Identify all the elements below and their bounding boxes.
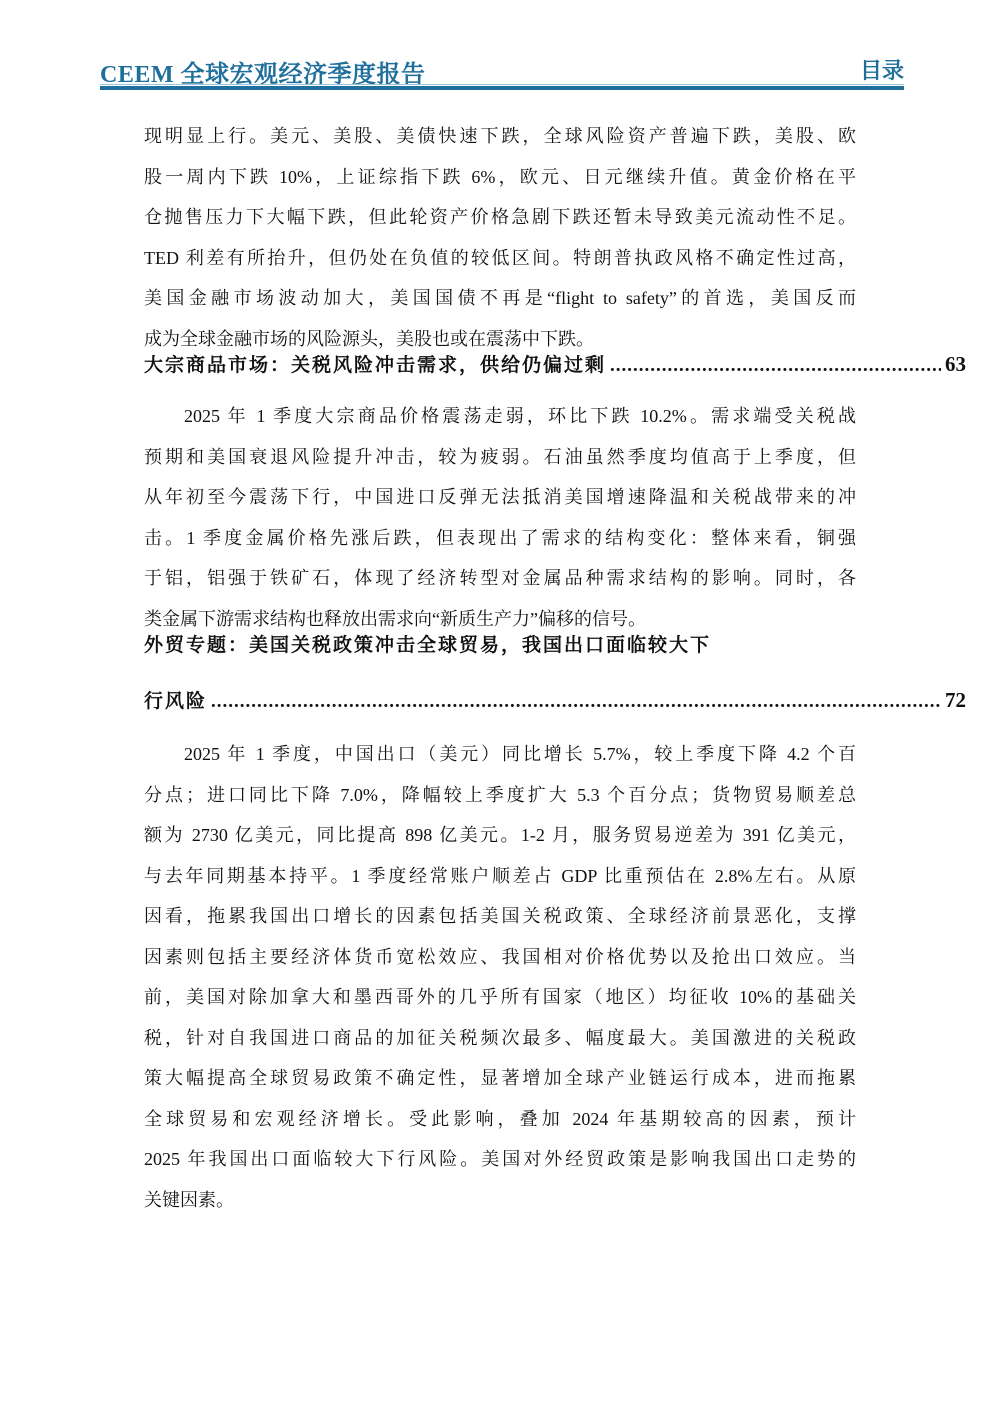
intro-paragraph: 现明显上行。美元、美股、美债快速下跌，全球风险资产普遍下跌，美股、欧 股一周内下… — [144, 116, 856, 359]
text-line: 2025 年 1 季度大宗商品价格震荡走弱，环比下跌 10.2%。需求端受关税战 — [144, 396, 856, 437]
text-line: 美国金融市场波动加大，美国国债不再是“flight to safety”的首选，… — [144, 278, 856, 319]
text-line: 与去年同期基本持平。1 季度经常账户顺差占 GDP 比重预估在 2.8%左右。从… — [144, 856, 856, 897]
text-line: 额为 2730 亿美元，同比提高 898 亿美元。1-2 月，服务贸易逆差为 3… — [144, 815, 856, 856]
text-line: 税，针对自我国进口商品的加征关税频次最多、幅度最大。美国激进的关税政 — [144, 1018, 856, 1059]
header-divider-thin — [100, 84, 904, 85]
page-header: CEEM 全球宏观经济季度报告 目录 — [100, 52, 904, 88]
text-line: 击。1 季度金属价格先涨后跌，但表现出了需求的结构变化：整体来看，铜强 — [144, 518, 856, 559]
text-line: 分点；进口同比下降 7.0%，降幅较上季度扩大 5.3 个百分点；货物贸易顺差总 — [144, 775, 856, 816]
text-line: 现明显上行。美元、美股、美债快速下跌，全球风险资产普遍下跌，美股、欧 — [144, 116, 856, 157]
trade-summary: 2025 年 1 季度，中国出口（美元）同比增长 5.7%，较上季度下降 4.2… — [144, 734, 856, 1220]
text-line: 股一周内下跌 10%，上证综指下跌 6%，欧元、日元继续升值。黄金价格在平 — [144, 157, 856, 198]
toc-page-number[interactable]: 63 — [945, 352, 966, 377]
text-line: TED 利差有所抬升，但仍处在负值的较低区间。特朗普执政风格不确定性过高， — [144, 238, 856, 279]
text-line: 预期和美国衰退风险提升冲击，较为疲弱。石油虽然季度均值高于上季度，但 — [144, 437, 856, 478]
dot-leader — [211, 691, 941, 713]
text-line: 全球贸易和宏观经济增长。受此影响，叠加 2024 年基期较高的因素，预计 — [144, 1099, 856, 1140]
text-line: 仓抛售压力下大幅下跌，但此轮资产价格急剧下跌还暂未导致美元流动性不足。 — [144, 197, 856, 238]
text-line: 因看，拖累我国出口增长的因素包括美国关税政策、全球经济前景恶化，支撑 — [144, 896, 856, 937]
text-line: 于铝，铝强于铁矿石，体现了经济转型对金属品种需求结构的影响。同时，各 — [144, 558, 856, 599]
toc-entry-title-line1[interactable]: 外贸专题：美国关税政策冲击全球贸易，我国出口面临较大下 — [144, 630, 711, 657]
text-line: 2025 年我国出口面临较大下行风险。美国对外经贸政策是影响我国出口走势的 — [144, 1139, 856, 1180]
section-label: 目录 — [860, 54, 904, 85]
text-line: 2025 年 1 季度，中国出口（美元）同比增长 5.7%，较上季度下降 4.2… — [144, 734, 856, 775]
text-line: 关键因素。 — [144, 1180, 856, 1221]
toc-page-number[interactable]: 72 — [945, 688, 966, 713]
text-line: 从年初至今震荡下行，中国进口反弹无法抵消美国增速降温和关税战带来的冲 — [144, 477, 856, 518]
text-line: 策大幅提高全球贸易政策不确定性，显著增加全球产业链运行成本，进而拖累 — [144, 1058, 856, 1099]
toc-entry-title-line2[interactable]: 行风险 — [144, 686, 207, 713]
text-line: 前，美国对除加拿大和墨西哥外的几乎所有国家（地区）均征收 10%的基础关 — [144, 977, 856, 1018]
text-line: 因素则包括主要经济体货币宽松效应、我国相对价格优势以及抢出口效应。当 — [144, 937, 856, 978]
toc-entry-title[interactable]: 大宗商品市场：关税风险冲击需求，供给仍偏过剩 — [144, 350, 606, 377]
toc-entry-trade[interactable]: 外贸专题：美国关税政策冲击全球贸易，我国出口面临较大下 行风险 72 — [144, 630, 966, 713]
toc-entry-commodities[interactable]: 大宗商品市场：关税风险冲击需求，供给仍偏过剩 63 — [144, 350, 966, 377]
header-divider — [100, 86, 904, 90]
commodities-summary: 2025 年 1 季度大宗商品价格震荡走弱，环比下跌 10.2%。需求端受关税战… — [144, 396, 856, 639]
dot-leader — [610, 355, 941, 377]
